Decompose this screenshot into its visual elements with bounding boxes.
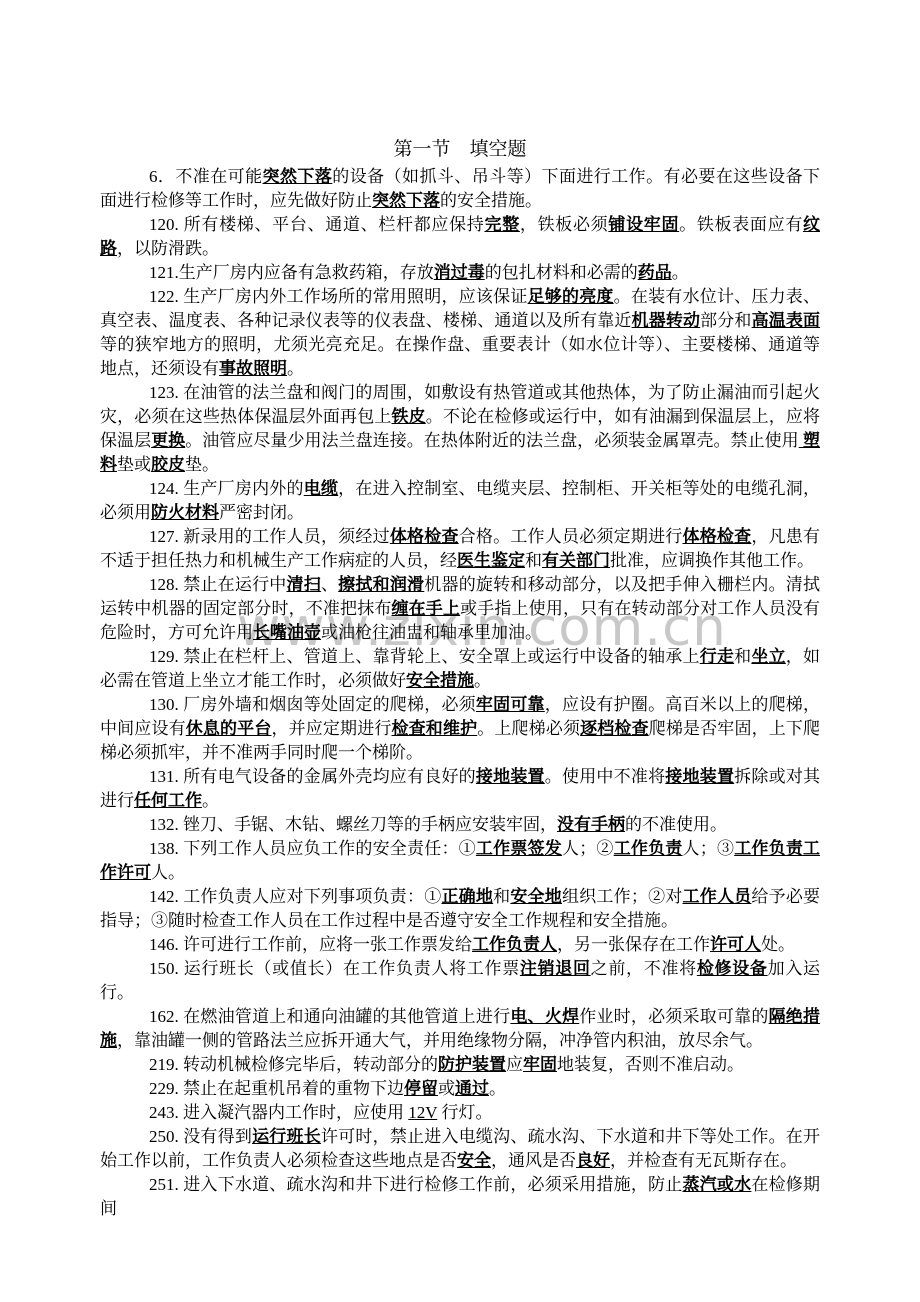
paragraph: 127. 新录用的工作人员，须经过体格检查合格。工作人员必须定期进行体格检查，凡…: [100, 525, 820, 573]
answer-blank-text: 许可人: [710, 935, 761, 954]
answer-blank-text: 休息的平台: [186, 719, 272, 738]
text-run: 地装复，否则不准启动。: [557, 1055, 744, 1074]
answer-blank-text: 逐档检查: [580, 719, 649, 738]
answer-blank-text: 检查和维护: [392, 719, 478, 738]
answer-blank-text: 坐立: [751, 647, 785, 666]
text-run: ，铁板必须: [520, 215, 608, 234]
text-run: 128. 禁止在运行中: [149, 575, 287, 594]
answer-blank-text: 胶皮: [151, 455, 185, 474]
answer-blank-text: 防火材料: [151, 503, 219, 522]
paragraph: 229. 禁止在起重机吊着的重物下边停留或通过。: [100, 1077, 820, 1101]
answer-blank-text: 牢固可靠: [476, 695, 545, 714]
text-run: 之前，不准将: [591, 959, 697, 978]
paragraph: 6．不准在可能突然下落的设备（如抓斗、吊斗等）下面进行工作。有必要在这些设备下面…: [100, 165, 820, 213]
text-run: 243. 进入凝汽器内工作时，应使用: [149, 1103, 408, 1122]
text-run: 或油枪往油盅和轴承里加油。: [321, 623, 542, 642]
answer-blank-text: 电缆: [304, 479, 338, 498]
text-run: 。油管应尽量少用法兰盘连接。在热体附近的法兰盘，必须装金属罩壳。禁止使用: [185, 431, 799, 450]
text-run: 150. 运行班长（或值长）在工作负责人将工作票: [149, 959, 520, 978]
document-body: 第一节 填空题 6．不准在可能突然下落的设备（如抓斗、吊斗等）下面进行工作。有必…: [100, 137, 820, 1221]
paragraph: 124. 生产厂房内外的电缆，在进入控制室、电缆夹层、控制柜、开关柜等处的电缆孔…: [100, 477, 820, 525]
paragraph: 142. 工作负责人应对下列事项负责：①正确地和安全地组织工作；②对工作人员给予…: [100, 885, 820, 933]
answer-blank-text: 工作人员: [683, 887, 752, 906]
answer-blank-text: 运行班长: [252, 1127, 321, 1146]
text-run: 130. 厂房外墙和烟囱等处固定的爬梯，必须: [149, 695, 476, 714]
answer-blank-text: 消过毒: [434, 263, 485, 282]
paragraphs-container: 6．不准在可能突然下落的设备（如抓斗、吊斗等）下面进行工作。有必要在这些设备下面…: [100, 165, 820, 1221]
text-run: 129. 禁止在栏杆上、管道上、靠背轮上、安全罩上或运行中设备的轴承上: [149, 647, 700, 666]
text-run: 250. 没有得到: [149, 1127, 252, 1146]
paragraph: 120. 所有楼梯、平台、通道、栏杆都应保持完整，铁板必须铺设牢固。铁板表面应有…: [100, 213, 820, 261]
answer-blank-text: 安全: [457, 1151, 491, 1170]
text-run: 和: [525, 551, 542, 570]
text-run: 或: [438, 1079, 455, 1098]
paragraph: 150. 运行班长（或值长）在工作负责人将工作票注销退回之前，不准将检修设备加入…: [100, 957, 820, 1005]
text-run: 251. 进入下水道、疏水沟和井下进行检修工作前，必须采用措施，防止: [149, 1175, 683, 1194]
answer-blank-text: 正确地: [441, 887, 493, 906]
answer-blank-text: 安全地: [510, 887, 562, 906]
paragraph: 131. 所有电气设备的金属外壳均应有良好的接地装置。使用中不准将接地装置拆除或…: [100, 765, 820, 813]
text-run: 。: [202, 791, 219, 810]
answer-blank-text: 没有手柄: [557, 815, 625, 834]
text-run: ，以防滑跌。: [117, 239, 219, 258]
paragraph: 129. 禁止在栏杆上、管道上、靠背轮上、安全罩上或运行中设备的轴承上行走和坐立…: [100, 645, 820, 693]
answer-blank-text: 完整: [485, 215, 520, 234]
paragraph: 162. 在燃油管道上和通向油罐的其他管道上进行电、火焊作业时，必须采取可靠的隔…: [100, 1005, 820, 1053]
text-run: 131. 所有电气设备的金属外壳均应有良好的: [149, 767, 476, 786]
answer-blank-text: 接地装置: [665, 767, 734, 786]
answer-blank-text: 牢固: [523, 1055, 557, 1074]
text-run: 部分和: [700, 311, 751, 330]
text-run: 、: [321, 575, 338, 594]
text-run: 146. 许可进行工作前，应将一张工作票发给: [149, 935, 472, 954]
text-run: 应: [506, 1055, 523, 1074]
paragraph: 243. 进入凝汽器内工作时，应使用 12V 行灯。: [100, 1101, 820, 1125]
answer-blank-text: 接地装置: [476, 767, 545, 786]
text-run: 142. 工作负责人应对下列事项负责：①: [149, 887, 441, 906]
answer-blank-text: 清扫: [287, 575, 321, 594]
text-run: 。铁板表面应有: [679, 215, 803, 234]
answer-blank-text: 医生鉴定: [457, 551, 525, 570]
text-run: 人；②: [562, 839, 614, 858]
answer-blank-text: 突然下落: [372, 191, 440, 210]
answer-blank-text: 铺设牢固: [608, 215, 679, 234]
paragraph: 121.生产厂房内应备有急救药箱，存放消过毒的包扎材料和必需的药品。: [100, 261, 820, 285]
answer-blank-text: 防护装置: [438, 1055, 506, 1074]
answer-blank-text: 长嘴油壶: [253, 623, 321, 642]
text-run: 垫。: [185, 455, 219, 474]
answer-blank-text: 更换: [151, 431, 185, 450]
text-run: 批准，应调换作其他工作。: [610, 551, 814, 570]
answer-blank-text: 注销退回: [520, 959, 591, 978]
text-run: 124. 生产厂房内外的: [149, 479, 304, 498]
answer-blank-text: 工作负责人: [472, 935, 557, 954]
paragraph: 130. 厂房外墙和烟囱等处固定的爬梯，必须牢固可靠，应设有护圈。高百米以上的爬…: [100, 693, 820, 765]
answer-blank-text: 体格检查: [390, 527, 459, 546]
text-run: 。上爬梯必须: [477, 719, 580, 738]
text-run: 127. 新录用的工作人员，须经过: [149, 527, 390, 546]
answer-blank-text: 工作票签发: [476, 839, 562, 858]
answer-blank-text: 安全措施: [406, 671, 474, 690]
paragraph: 219. 转动机械检修完毕后，转动部分的防护装置应牢固地装复，否则不准启动。: [100, 1053, 820, 1077]
text-run: 122. 生产厂房内外工作场所的常用照明，应该保证: [149, 287, 528, 306]
answer-blank-text: 药品: [638, 263, 672, 282]
paragraph: 132. 锉刀、手锯、木钻、螺丝刀等的手柄应安装牢固，没有手柄的不准使用。: [100, 813, 820, 837]
answer-blank-text: 高温表面: [752, 311, 820, 330]
text-run: 组织工作；②对: [562, 887, 683, 906]
answer-blank-text: 缠在手上: [392, 599, 461, 618]
answer-blank-text: 突然下落: [263, 167, 333, 186]
paragraph: 122. 生产厂房内外工作场所的常用照明，应该保证足够的亮度。在装有水位计、压力…: [100, 285, 820, 381]
answer-blank-text: 蒸汽或水: [683, 1175, 752, 1194]
text-run: 的安全措施。: [440, 191, 542, 210]
text-run: 。: [489, 1079, 506, 1098]
answer-blank-text: 擦拭和润滑: [338, 575, 424, 594]
answer-blank-text: 12V: [408, 1103, 437, 1122]
text-run: 人。: [151, 863, 185, 882]
text-run: 合格。工作人员必须定期进行: [459, 527, 683, 546]
text-run: 229. 禁止在起重机吊着的重物下边: [149, 1079, 404, 1098]
text-run: 等的狭窄地方的照明，尤须光亮充足。在操作盘、重要表计（如水位计等）、主要楼梯、通…: [100, 335, 820, 378]
answer-blank-text: 通过: [455, 1079, 489, 1098]
text-run: 的包扎材料和必需的: [485, 263, 638, 282]
text-run: 121.生产厂房内应备有急救药箱，存放: [149, 263, 434, 282]
paragraph: 123. 在油管的法兰盘和阀门的周围，如敷设有热管道或其他热体，为了防止漏油而引…: [100, 381, 820, 477]
text-run: 。: [474, 671, 491, 690]
text-run: 132. 锉刀、手锯、木钻、螺丝刀等的手柄应安装牢固，: [149, 815, 557, 834]
answer-blank-text: 工作负责: [614, 839, 683, 858]
answer-blank-text: 良好: [576, 1151, 610, 1170]
answer-blank-text: 电、火焊: [510, 1007, 579, 1026]
paragraph: 250. 没有得到运行班长许可时，禁止进入电缆沟、疏水沟、下水道和井下等处工作。…: [100, 1125, 820, 1173]
answer-blank-text: 机器转动: [632, 311, 701, 330]
text-run: 的不准使用。: [625, 815, 727, 834]
paragraph: 251. 进入下水道、疏水沟和井下进行检修工作前，必须采用措施，防止蒸汽或水在检…: [100, 1173, 820, 1221]
text-run: 6．不准在可能: [149, 167, 263, 186]
text-run: 处。: [761, 935, 795, 954]
text-run: 行灯。: [437, 1103, 492, 1122]
paragraph: 128. 禁止在运行中清扫、擦拭和润滑机器的旋转和移动部分，以及把手伸入栅栏内。…: [100, 573, 820, 645]
text-run: 和: [493, 887, 510, 906]
text-run: 。使用中不准将: [545, 767, 666, 786]
text-run: 和: [734, 647, 751, 666]
text-run: 作业时，必须采取可靠的: [579, 1007, 768, 1026]
answer-blank-text: 任何工作: [134, 791, 202, 810]
text-run: 人；③: [683, 839, 735, 858]
text-run: ，并检查有无瓦斯存在。: [610, 1151, 797, 1170]
text-run: ，并应定期进行: [271, 719, 391, 738]
text-run: 138. 下列工作人员应负工作的安全责任：①: [149, 839, 476, 858]
answer-blank-text: 行走: [700, 647, 734, 666]
text-run: 162. 在燃油管道上和通向油罐的其他管道上进行: [149, 1007, 510, 1026]
answer-blank-text: 停留: [404, 1079, 438, 1098]
text-run: 120. 所有楼梯、平台、通道、栏杆都应保持: [149, 215, 485, 234]
answer-blank-text: 有关部门: [542, 551, 610, 570]
text-run: 严密封闭。: [219, 503, 304, 522]
text-run: ，靠油罐一侧的管路法兰应拆开通大气，并用绝缘物分隔，冲净管内积油，放尽余气。: [117, 1031, 763, 1050]
answer-blank-text: 体格检查: [683, 527, 752, 546]
page-title: 第一节 填空题: [100, 137, 820, 162]
text-run: ，另一张保存在工作: [557, 935, 710, 954]
paragraph: 138. 下列工作人员应负工作的安全责任：①工作票签发人；②工作负责人；③工作负…: [100, 837, 820, 885]
answer-blank-text: 足够的亮度: [528, 287, 614, 306]
answer-blank-text: 铁皮: [392, 407, 426, 426]
text-run: ，通风是否: [491, 1151, 576, 1170]
text-run: 219. 转动机械检修完毕后，转动部分的: [149, 1055, 438, 1074]
text-run: 垫或: [117, 455, 151, 474]
text-run: 。: [672, 263, 689, 282]
text-run: 。: [287, 359, 304, 378]
paragraph: 146. 许可进行工作前，应将一张工作票发给工作负责人，另一张保存在工作许可人处…: [100, 933, 820, 957]
answer-blank-text: 检修设备: [697, 959, 768, 978]
answer-blank-text: 事故照明: [219, 359, 287, 378]
